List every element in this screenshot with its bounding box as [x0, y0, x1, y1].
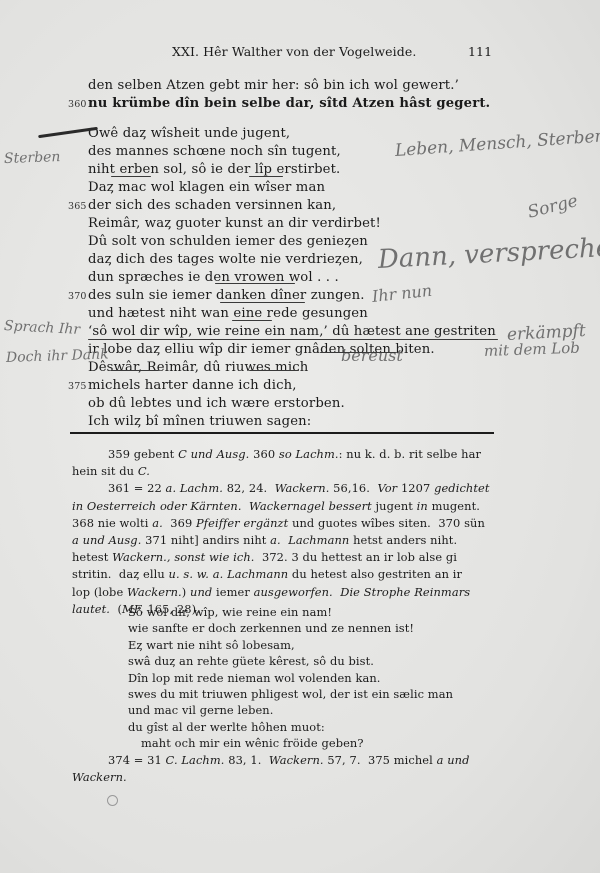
- footnote-line: in Oesterreich oder Kärnten. Wackernagel…: [72, 498, 480, 514]
- verse-line-text: ‘sô wol dir wîp, wie reine ein nam,’ dû …: [88, 324, 496, 339]
- page-number: 111: [468, 44, 492, 59]
- verse-line: 365der sich des schaden versinnen kan,: [88, 197, 336, 215]
- verse-line: 360nu krümbe dîn bein selbe dar, sîtd At…: [88, 95, 490, 113]
- handwritten-note: Sprach Ihr: [4, 318, 81, 338]
- footnote-line: lop (lobe Wackern.) und iemer ausgeworfe…: [72, 584, 470, 600]
- verse-line-text: daȥ dich des tages wolte nie verdrieȥen,: [88, 252, 363, 267]
- line-number: 365: [68, 198, 87, 216]
- verse-line: Reimâr, waȥ guoter kunst an dir verdirbe…: [88, 215, 381, 233]
- verse-line-text: nu krümbe dîn bein selbe dar, sîtd Atzen…: [88, 96, 490, 111]
- verse-line: und hætest niht wan eine rede gesungen: [88, 305, 368, 323]
- quoted-strophe-line: Eȥ wart nie niht sô lobesam,: [128, 637, 295, 653]
- footnote-line: 359 gebent C und Ausg. 360 so Lachm.: nu…: [108, 446, 481, 462]
- verse-line-text: dun spræches ie den vrowen wol . . .: [88, 270, 339, 285]
- verse-line-text: niht erben sol, sô ie der lîp erstirbet.: [88, 162, 340, 177]
- verse-line: dun spræches ie den vrowen wol . . .: [88, 269, 339, 287]
- verse-line-text: den selben Atzen gebt mir her: sô bin ic…: [88, 78, 459, 93]
- line-number: 375: [68, 378, 87, 396]
- quoted-strophe-line: swes du mit triuwen phligest wol, der is…: [128, 686, 453, 702]
- handwritten-note: bereust: [341, 346, 403, 365]
- handwritten-note: Ihr nun: [371, 281, 433, 306]
- verse-line: 375michels harter danne ich dich,: [88, 377, 297, 395]
- verse-line-text: michels harter danne ich dich,: [88, 378, 297, 393]
- verse-line-text: Owê daȥ wîsheit unde jugent,: [88, 126, 290, 141]
- verse-line: Owê daȥ wîsheit unde jugent,: [88, 125, 290, 143]
- verse-line-text: des suln sie iemer danken dîner zungen.: [88, 288, 365, 303]
- verse-line-text: Ich wilȥ bî mînen triuwen sagen:: [88, 414, 311, 429]
- verse-line: Ich wilȥ bî mînen triuwen sagen:: [88, 413, 311, 431]
- handwritten-note: mit dem Lob: [484, 339, 580, 360]
- quoted-strophe-line: swâ duȥ an rehte güete kêrest, sô du bis…: [128, 653, 374, 669]
- footnote-line: 374 = 31 C. Lachm. 83, 1. Wackern. 57, 7…: [108, 752, 470, 768]
- verse-line-text: der sich des schaden versinnen kan,: [88, 198, 336, 213]
- quoted-strophe-line: maht och mir ein wênic fröide geben?: [141, 735, 364, 751]
- verse-line: Daȥ mac wol klagen ein wîser man: [88, 179, 325, 197]
- handwritten-note: Leben, Mensch, Sterben: [394, 126, 600, 161]
- handwritten-note: Sorge: [526, 191, 580, 223]
- verse-line-text: Dêswâr, Reimâr, dû riuwes mich: [88, 360, 308, 375]
- verse-line: Dêswâr, Reimâr, dû riuwes mich: [88, 359, 308, 377]
- verse-line-text: des mannes schœne noch sîn tugent,: [88, 144, 341, 159]
- verse-line-text: Daȥ mac wol klagen ein wîser man: [88, 180, 325, 195]
- quoted-strophe-line: wie sanfte er doch zerkennen und ze nenn…: [128, 620, 414, 636]
- quoted-strophe-line: Sô wol dir, wîp, wie reine ein nam!: [128, 604, 332, 620]
- footnote-line: hein sit du C.: [72, 463, 150, 479]
- handwritten-note: Sterben: [4, 149, 61, 167]
- verse-line-text: und hætest niht wan eine rede gesungen: [88, 306, 368, 321]
- verse-line: daȥ dich des tages wolte nie verdrieȥen,: [88, 251, 363, 269]
- line-number: 360: [68, 96, 87, 114]
- verse-line-text: Reimâr, waȥ guoter kunst an dir verdirbe…: [88, 216, 381, 231]
- paper-blemish: [107, 795, 118, 806]
- verse-line: den selben Atzen gebt mir her: sô bin ic…: [88, 77, 459, 95]
- running-head-title: XXI. Hêr Walther von der Vogelweide.: [172, 44, 416, 59]
- quoted-strophe-line: du gîst al der werlte hôhen muot:: [128, 719, 325, 735]
- footnote-line: Wackern.: [72, 769, 127, 785]
- footnote-line: stritin. daȥ ellu u. s. w. a. Lachmann d…: [72, 566, 462, 582]
- verse-line: des mannes schœne noch sîn tugent,: [88, 143, 341, 161]
- verse-line: ob dû lebtes und ich wære erstorben.: [88, 395, 345, 413]
- quoted-strophe-line: und mac vil gerne leben.: [128, 702, 273, 718]
- scanned-book-page: XXI. Hêr Walther von der Vogelweide. 111…: [0, 0, 600, 873]
- quoted-strophe-line: Dîn lop mit rede nieman wol volenden kan…: [128, 670, 381, 686]
- verse-line-text: Dû solt von schulden iemer des genieȥen: [88, 234, 368, 249]
- footnote-line: a und Ausg. 371 niht] andirs niht a. Lac…: [72, 532, 457, 548]
- handwritten-note: Dann, versprechen: [377, 232, 600, 275]
- footnote-line: 368 nie wolti a. 369 Pfeiffer ergänzt un…: [72, 515, 485, 531]
- verse-line-text: ob dû lebtes und ich wære erstorben.: [88, 396, 345, 411]
- verse-line: Dû solt von schulden iemer des genieȥen: [88, 233, 368, 251]
- footnote-line: 361 = 22 a. Lachm. 82, 24. Wackern. 56,1…: [108, 480, 490, 496]
- footnote-line: hetest Wackern., sonst wie ich. 372. 3 d…: [72, 549, 457, 565]
- footnote-separator-rule: [70, 432, 494, 434]
- line-number: 370: [68, 288, 87, 306]
